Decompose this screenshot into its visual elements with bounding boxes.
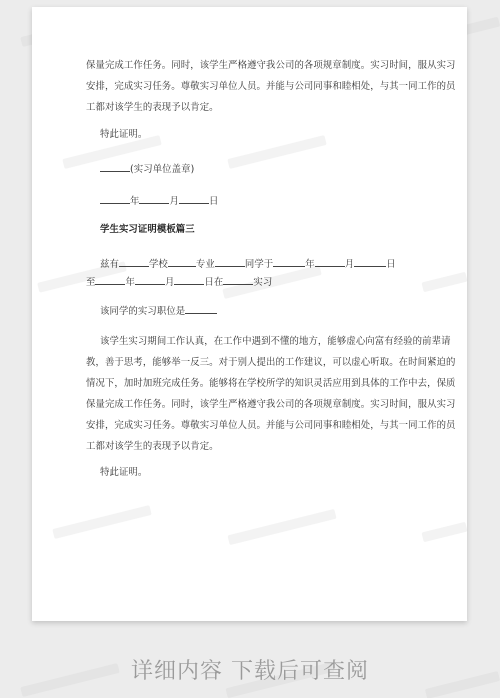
month-blank [135,275,165,285]
form-label: 兹有 [100,259,119,270]
watermark [227,509,336,545]
month-label: 月 [169,196,178,207]
form-label: 月 [165,277,174,288]
watermark [421,522,467,543]
year-blank [95,275,125,285]
form-label: 月 [345,259,354,270]
year-label: 年 [130,196,139,207]
document-page: 保量完成工作任务。同时，该学生严格遵守我公司的各项规章制度。实习时间，服从实习 … [32,7,467,621]
form-label: 日 [386,259,395,270]
paragraph-line: 教，善于思考，能够举一反三。对于别人提出的工作建议，可以虚心听取。在时间紧迫的 [86,354,456,368]
paragraph-line: 情况下，加时加班完成任务。能够将在学校所学的知识灵活应用到具体的工作中去，保质 [86,375,456,389]
seal-blank [100,162,130,172]
month-blank [139,194,169,204]
company-blank [223,275,253,285]
major-blank [168,257,196,267]
form-label: 实习 [253,277,272,288]
section-title: 学生实习证明模板篇三 [100,221,195,235]
watermark [52,505,151,539]
form-label: 年 [125,277,134,288]
position-line: 该同学的实习职位是 [100,303,217,317]
form-label: 学校 [149,259,168,270]
download-hint: 详细内容 下载后可查阅 [0,654,500,685]
form-label: 专业 [196,259,215,270]
student-blank [215,257,245,267]
form-line-1: 兹有学校专业同学于年月日 [100,256,396,270]
watermark [227,135,326,169]
form-label: 年 [305,259,314,270]
month-blank [315,257,345,267]
paragraph-line: 安排，完成实习任务。尊敬实习单位人员。并能与公司同事和睦相处，与其一同工作的员 [86,417,456,431]
form-label: 日在 [204,277,223,288]
day-label: 日 [209,196,218,207]
form-label: 至 [86,277,95,288]
position-label: 该同学的实习职位是 [100,306,185,317]
seal-line: (实习单位盖章) [100,161,194,175]
paragraph-line: 保量完成工作任务。同时，该学生严格遵守我公司的各项规章制度。实习时间，服从实习 [86,396,456,410]
day-blank [354,257,386,267]
year-blank [100,194,130,204]
paragraph-line: 该学生实习期间工作认真，在工作中遇到不懂的地方，能够虚心向富有经验的前辈请 [100,333,451,347]
form-line-2: 至年月日在实习 [86,274,272,288]
paragraph-line: 工都对该学生的表现予以肯定。 [86,99,219,113]
school-blank [119,257,149,267]
position-blank [185,304,217,314]
day-blank [174,275,204,285]
certify-text: 特此证明。 [100,464,147,478]
paragraph-line: 保量完成工作任务。同时，该学生严格遵守我公司的各项规章制度。实习时间，服从实习 [86,57,456,71]
certify-text: 特此证明。 [100,126,147,140]
seal-label: (实习单位盖章) [130,164,194,175]
paragraph-line: 工都对该学生的表现予以肯定。 [86,438,219,452]
day-blank [179,194,209,204]
year-blank [273,257,305,267]
paragraph-line: 安排，完成实习任务。尊敬实习单位人员。并能与公司同事和睦相处，与其一同工作的员 [86,78,456,92]
form-label: 同学于 [245,259,273,270]
date-line: 年月日 [100,193,218,207]
watermark [421,272,467,293]
